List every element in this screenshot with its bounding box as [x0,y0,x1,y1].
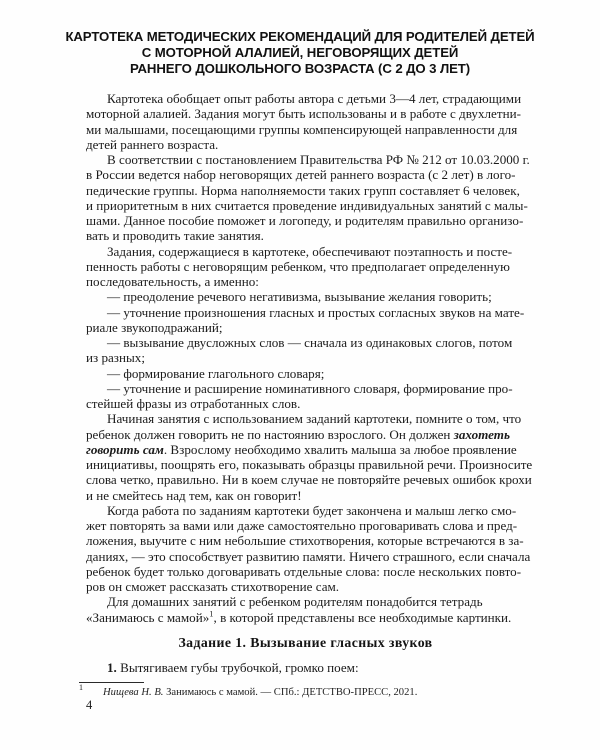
text-line: ребенок должен говорить не по настоянию … [86,427,525,442]
superscript-marker: 1 [79,683,83,692]
text-run: Когда работа по заданиям картотеки будет… [107,503,516,518]
text-line: — формирование глагольного словаря; [86,366,525,381]
text-run: Нищева Н. В. [103,687,163,698]
text-line: ров он сможет рассказать стихотворение с… [86,579,525,594]
text-run: последовательность, а именно: [86,274,259,289]
text-line: педические группы. Норма наполняемости т… [86,183,525,198]
paragraph: — уточнение и расширение номинативного с… [86,381,525,412]
text-run: Начиная занятия с использованием заданий… [107,411,521,426]
text-run: даниях, — это способствует развитию памя… [86,549,530,564]
text-run: педические группы. Норма наполняемости т… [86,183,520,198]
text-line: ребенок будет только договаривать отдель… [86,564,525,579]
text-line: риале звукоподражаний; [86,320,525,335]
paragraph: Картотека обобщает опыт работы автора с … [86,91,525,152]
text-run: Вытягиваем губы трубочкой, громко поем: [117,660,359,675]
text-run: , в которой представлены все необходимые… [214,610,512,625]
text-run: В соответствии с постановлением Правител… [107,152,530,167]
text-run: инициативы, поощрять его, показывать обр… [86,457,532,472]
text-line: последовательность, а именно: [86,274,525,289]
section-heading: Задание 1. Вызывание гласных звуков [86,635,525,650]
text-line: Начиная занятия с использованием заданий… [86,411,525,426]
text-run: и приоритетным в них считается проведени… [86,198,528,213]
body-text: Картотека обобщает опыт работы автора с … [86,91,525,699]
text-line: в России ведется набор неговорящих детей… [86,167,525,182]
paragraph: Для домашних занятий с ребенком родителя… [86,594,525,625]
text-line: Для домашних занятий с ребенком родителя… [86,594,525,609]
text-line: и приоритетным в них считается проведени… [86,198,525,213]
text-run: Занимаюсь с мамой. — СПб.: ДЕТСТВО-ПРЕСС… [163,687,417,698]
text-run: — вызывание двусложных слов — сначала из… [107,335,512,350]
text-line: — уточнение произношения гласных и прост… [86,305,525,320]
text-run: ребенок должен говорить не по настоянию … [86,427,454,442]
text-run: «Занимаюсь с мамой» [86,610,209,625]
text-run: пенность работы с неговорящим ребенком, … [86,259,510,274]
title-line: КАРТОТЕКА МЕТОДИЧЕСКИХ РЕКОМЕНДАЦИЙ ДЛЯ … [38,29,562,45]
text-line: жет повторять за вами или даже самостоят… [86,518,525,533]
text-run: . Взрослому необходимо хвалить малыша за… [164,442,517,457]
paragraph: В соответствии с постановлением Правител… [86,152,525,244]
footnote: 1Нищева Н. В. Занимаюсь с мамой. — СПб.:… [79,686,525,699]
text-run: детей раннего возраста. [86,137,218,152]
text-line: — преодоление речевого негативизма, вызы… [86,289,525,304]
text-line: и не смейтесь над тем, как он говорит! [86,488,525,503]
text-line: «Занимаюсь с мамой»1, в которой представ… [86,610,525,625]
text-run: Задания, содержащиеся в картотеке, обесп… [107,244,512,259]
text-run: Картотека обобщает опыт работы автора с … [107,91,521,106]
text-run: — преодоление речевого негативизма, вызы… [107,289,492,304]
text-line: стейшей фразы из отработанных слов. [86,396,525,411]
text-line: вать и проводить такие занятия. [86,228,525,243]
text-run: ложения, выучите с ним небольшие стихотв… [86,533,524,548]
paragraph: — уточнение произношения гласных и прост… [86,305,525,336]
text-line: — уточнение и расширение номинативного с… [86,381,525,396]
text-line: ложения, выучите с ним небольшие стихотв… [86,533,525,548]
paragraph: Задания, содержащиеся в картотеке, обесп… [86,244,525,290]
text-run: ребенок будет только договаривать отдель… [86,564,521,579]
text-line: Когда работа по заданиям картотеки будет… [86,503,525,518]
instruction-line: 1. Вытягиваем губы трубочкой, громко пое… [86,660,525,675]
book-page: КАРТОТЕКА МЕТОДИЧЕСКИХ РЕКОМЕНДАЦИЙ ДЛЯ … [0,0,600,750]
text-run: риале звукоподражаний; [86,320,223,335]
text-run: вать и проводить такие занятия. [86,228,264,243]
text-run: и не смейтесь над тем, как он говорит! [86,488,302,503]
text-run: в России ведется набор неговорящих детей… [86,167,516,182]
text-run: шами. Данное пособие поможет и логопеду,… [86,213,523,228]
text-line: — вызывание двусложных слов — сначала из… [86,335,525,350]
page-title: КАРТОТЕКА МЕТОДИЧЕСКИХ РЕКОМЕНДАЦИЙ ДЛЯ … [38,29,562,77]
text-run: 1. [107,660,117,675]
text-run: моторной алалией. Задания могут быть исп… [86,106,521,121]
footnote-divider [79,682,144,683]
text-run: жет повторять за вами или даже самостоят… [86,518,517,533]
paragraph: — вызывание двусложных слов — сначала из… [86,335,525,366]
text-run: — формирование глагольного словаря; [107,366,324,381]
paragraph: Когда работа по заданиям картотеки будет… [86,503,525,595]
text-run: слова четко, правильно. Ни в коем случае… [86,472,532,487]
text-line: инициативы, поощрять его, показывать обр… [86,457,525,472]
text-line: детей раннего возраста. [86,137,525,152]
text-run: — уточнение произношения гласных и прост… [107,305,524,320]
text-line: Картотека обобщает опыт работы автора с … [86,91,525,106]
text-run: ров он сможет рассказать стихотворение с… [86,579,339,594]
text-line: шами. Данное пособие поможет и логопеду,… [86,213,525,228]
text-line: из разных; [86,350,525,365]
paragraph: — преодоление речевого негативизма, вызы… [86,289,525,304]
text-run: говорить сам [86,442,164,457]
text-run: стейшей фразы из отработанных слов. [86,396,300,411]
text-line: слова четко, правильно. Ни в коем случае… [86,472,525,487]
text-line: говорить сам. Взрослому необходимо хвали… [86,442,525,457]
text-run: — уточнение и расширение номинативного с… [107,381,513,396]
text-run: Для домашних занятий с ребенком родителя… [107,594,483,609]
text-line: ми малышами, посещающими группы компенси… [86,122,525,137]
paragraph: Начиная занятия с использованием заданий… [86,411,525,503]
paragraphs-container: Картотека обобщает опыт работы автора с … [86,91,525,625]
title-line: РАННЕГО ДОШКОЛЬНОГО ВОЗРАСТА (С 2 ДО 3 Л… [38,61,562,77]
text-run: ми малышами, посещающими группы компенси… [86,122,517,137]
text-line: пенность работы с неговорящим ребенком, … [86,259,525,274]
text-run: захотеть [454,427,510,442]
paragraph: — формирование глагольного словаря; [86,366,525,381]
text-line: В соответствии с постановлением Правител… [86,152,525,167]
text-run: из разных; [86,350,145,365]
text-line: даниях, — это способствует развитию памя… [86,549,525,564]
page-number: 4 [86,698,92,713]
text-line: Задания, содержащиеся в картотеке, обесп… [86,244,525,259]
title-line: С МОТОРНОЙ АЛАЛИЕЙ, НЕГОВОРЯЩИХ ДЕТЕЙ [38,45,562,61]
text-line: моторной алалией. Задания могут быть исп… [86,106,525,121]
